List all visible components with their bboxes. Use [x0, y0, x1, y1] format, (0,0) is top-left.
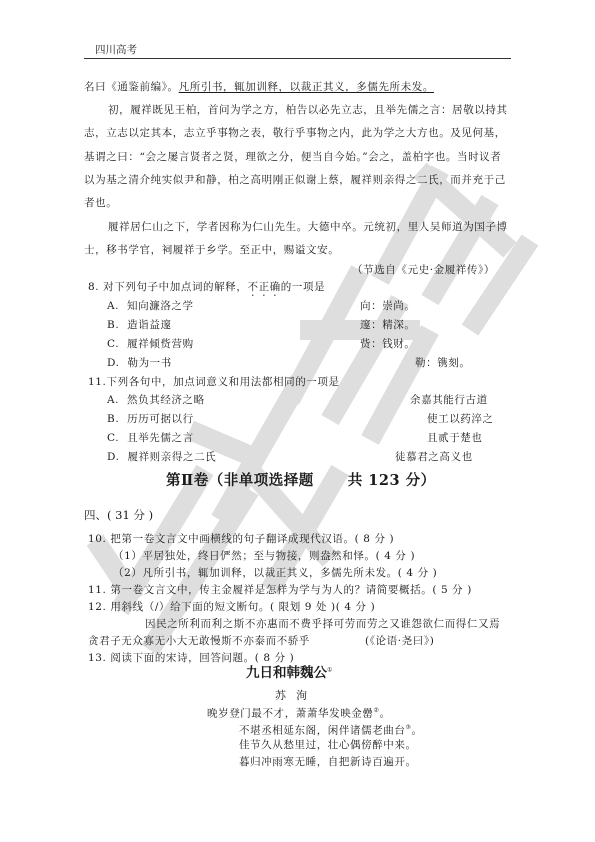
q8-option-b: B. 造诣益邃 [107, 318, 172, 332]
q8-option-c-explain: 赀：钱财。 [360, 337, 416, 351]
q11-option-a-compare: 余嘉其能行古道 [410, 393, 488, 407]
q11-option-b-compare: 使工以药淬之 [427, 412, 494, 426]
q11-option-c-compare: 且贰于楚也 [427, 431, 483, 445]
passage-line-7: 履祥居仁山之下，学者因称为仁山先生。大德中卒。元统初，里人吴师道为国子博 [108, 220, 508, 234]
q11-option-b: B. 历历可据以行 [107, 412, 194, 426]
q10-item-1: （1）平居独处，终日俨然；至与物接，则盎然和怿。( 4 分 ) [113, 549, 415, 563]
q8-stem-text: 8. 对下列句子中加点词的解释， [88, 281, 247, 293]
header-divider [84, 58, 511, 59]
q12-source: (《论语·尧曰》) [365, 634, 434, 648]
q11-stem: 11.下列各句中，加点词意义和用法都相同的一项是 [88, 375, 340, 389]
q8-option-d-explain: 勒：镌刻。 [415, 356, 471, 370]
q11-option-d: D. 履祥则亲得之二氏 [107, 450, 216, 464]
q10-item-2: （2）凡所引书，辄加训释，以裁正其义，多儒先所未发。( 4 分 ) [113, 566, 437, 580]
footnote-marker: ① [327, 667, 332, 674]
passage-line-2: 初，履祥既见王柏，首问为学之方，柏告以必先立志，且举先儒之言：居敬以持其 [108, 103, 508, 117]
q12-passage-line-2: 贪君子无众寡无小大无敢慢斯不亦泰而不骄乎 [88, 634, 310, 648]
poem-line-1: 晚岁登门最不才，萧萧华发映金罍②。 [207, 704, 391, 721]
passage-line-6: 者也。 [84, 196, 117, 210]
q8-option-a-explain: 向：崇尚。 [360, 299, 416, 313]
q8-option-a: A. 知向濂洛之学 [107, 299, 194, 313]
q11-essay: 11. 第一卷文言文中，传主金履祥是怎样为学与为人的？请简要概括。( 5 分 ) [88, 583, 472, 597]
section-title-score: 共 123 分） [348, 472, 436, 489]
section-title-main: 第Ⅱ卷（非单项选择题 [166, 472, 314, 489]
q12-passage-line-1: 因民之所利而利之斯不亦惠而不费乎择可劳而劳之又谁怨欲仁而得仁又焉 [145, 617, 500, 631]
q11-option-a: A. 然负其经济之略 [107, 393, 205, 407]
q8-stem-emphasis: 不正确 [247, 281, 280, 293]
passage-line-4: 基谓之曰：“会之屡言贤者之贤，理欲之分，便当自今始。”会之，盖柏字也。当时议者 [84, 150, 501, 164]
section-title: 第Ⅱ卷（非单项选择题共 123 分） [166, 469, 436, 490]
passage-line-5: 以为基之清介纯实似尹和静，柏之高明刚正似谢上蔡，履祥则亲得之二氏，而并充于己 [84, 173, 506, 187]
passage-line-3: 志，立志以定其本，志立乎事物之表，敬行乎事物之内，此为学之大方也。及见何基， [84, 126, 506, 140]
passage-line-1: 名曰《通鉴前编》。凡所引书，辄加训释，以裁正其义，多儒先所未发。 [84, 80, 434, 94]
q8-stem-text-end: 的一项是 [281, 281, 325, 293]
page-header-title: 四川高考 [95, 42, 137, 57]
part-label: 四、( 31 分 ) [84, 507, 153, 523]
poem-line-2: 不堪丞相延东阁，闲伴诸儒老曲台③。 [239, 721, 423, 738]
passage-text: 名曰《通鉴前编》。 [84, 81, 179, 93]
poem-line-3: 佳节久从愁里过，壮心偶傍醉中来。 [239, 738, 417, 752]
poem-line-4: 暮归冲雨寒无睡，自把新诗百遍开。 [239, 755, 417, 769]
q12-stem: 12. 用斜线（/）给下面的短文断句。( 限划 9 处 )( 4 分 ) [88, 600, 375, 614]
poem-title: 九日和韩魏公① [246, 661, 332, 681]
poem-title-text: 九日和韩魏公 [246, 665, 327, 681]
q11-option-d-compare: 徒慕君之高义也 [395, 450, 473, 464]
document-page: 四川高考 名曰《通鉴前编》。凡所引书，辄加训释，以裁正其义，多儒先所未发。 初，… [0, 0, 595, 842]
q8-option-b-explain: 邃：精深。 [360, 318, 416, 332]
q8-stem: 8. 对下列句子中加点词的解释，不正确的一项是 [88, 280, 325, 299]
passage-source: （节选自《元史·金履祥传》） [352, 263, 495, 277]
q8-option-c: C. 履祥倾赀营购 [107, 337, 194, 351]
q11-option-c: C. 且举先儒之言 [107, 431, 194, 445]
underlined-sentence: 凡所引书，辄加训释，以裁正其义，多儒先所未发。 [179, 81, 434, 93]
q8-option-d: D. 勒为一书 [107, 356, 172, 370]
poem-author: 苏洵 [275, 687, 317, 703]
passage-line-8: 士，移书学官，祠履祥于乡学。至正中，赐谥文安。 [84, 243, 339, 257]
q10-stem: 10. 把第一卷文言文中画横线的句子翻译成现代汉语。( 8 分 ) [88, 532, 394, 546]
